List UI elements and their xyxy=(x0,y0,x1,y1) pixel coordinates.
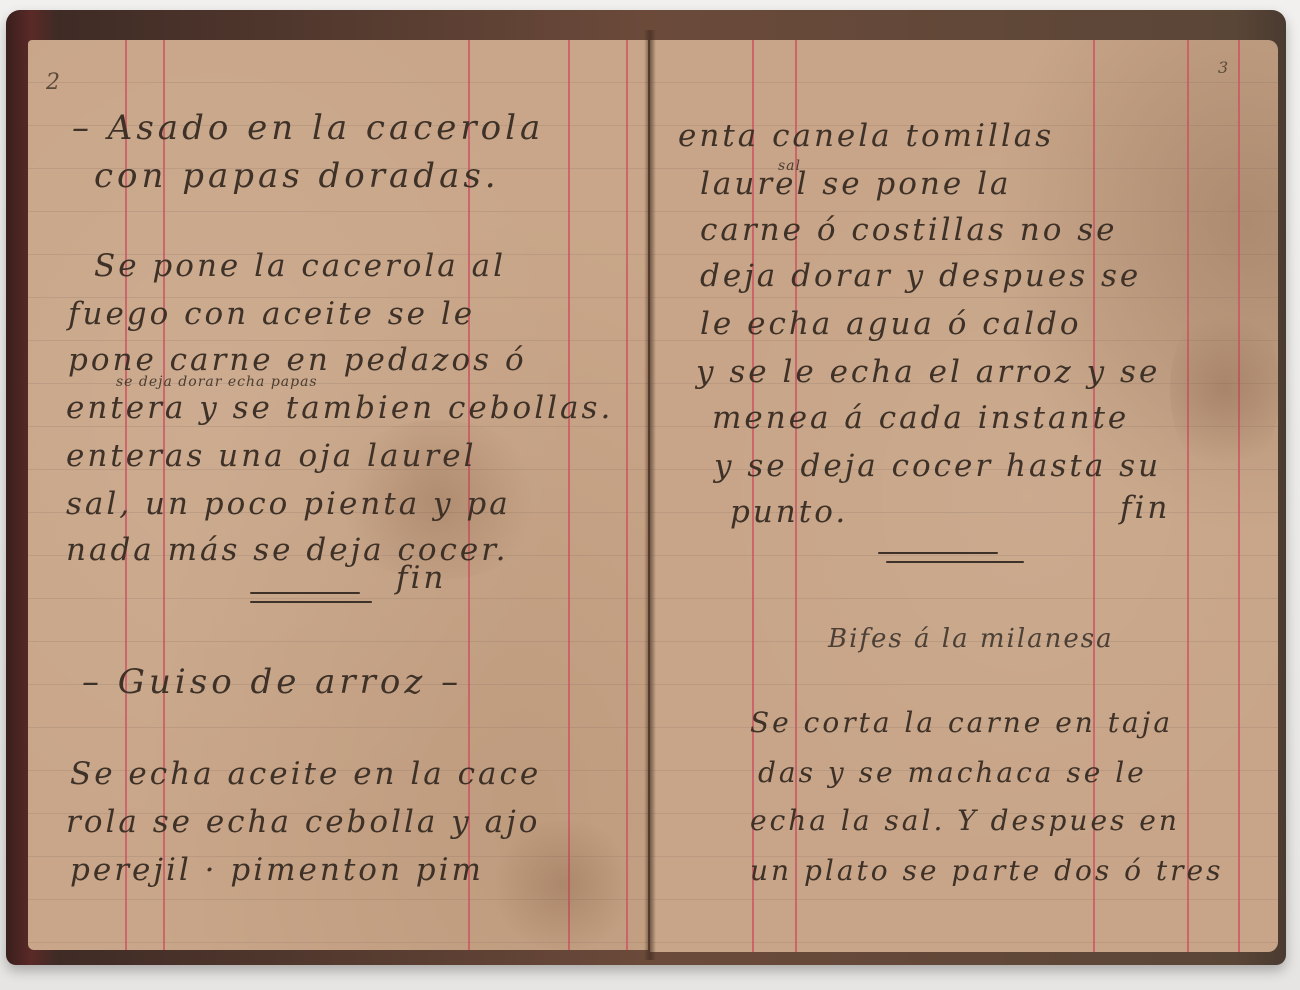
margin-line xyxy=(1238,40,1240,952)
recipe-text-line: y se le echa el arroz y se xyxy=(696,354,1160,390)
recipe-text-line: punto. xyxy=(730,494,848,530)
page-number: 2 xyxy=(46,70,63,95)
section-divider xyxy=(250,601,372,603)
section-divider xyxy=(250,592,360,594)
end-mark: fin xyxy=(1120,490,1170,526)
recipe-text-line: echa la sal. Y despues en xyxy=(750,804,1180,837)
recipe-text-line: Se pone la cacerola al xyxy=(94,248,506,284)
recipe-text-line: menea á cada instante xyxy=(712,400,1129,436)
paper-stain xyxy=(1170,300,1278,480)
recipe-text-line: enta canela tomillas xyxy=(678,118,1054,154)
recipe-text-line: deja dorar y despues se xyxy=(700,258,1141,294)
recipe-text-line: le echa agua ó caldo xyxy=(700,306,1082,342)
recipe-title: Bifes á la milanesa xyxy=(828,624,1114,654)
recipe-text-line: sal, un poco pienta y pa xyxy=(66,486,511,522)
margin-line xyxy=(1187,40,1189,952)
recipe-title: – Guiso de arroz – xyxy=(82,662,462,702)
left-page: 2 – Asado en la cacerola con papas dorad… xyxy=(28,40,648,950)
recipe-text-line: enteras una oja laurel xyxy=(66,438,477,474)
recipe-title: con papas doradas. xyxy=(94,156,500,196)
recipe-text-line: y se deja cocer hasta su xyxy=(714,448,1161,484)
interlinear-note: se deja dorar echa papas xyxy=(116,374,318,390)
recipe-text-line: rola se echa cebolla y ajo xyxy=(66,804,540,840)
recipe-text-line: perejil · pimenton pim xyxy=(70,852,484,888)
recipe-text-line: pone carne en pedazos ó xyxy=(68,342,527,378)
recipe-text-line: das y se machaca se le xyxy=(758,756,1147,789)
recipe-text-line: Se corta la carne en taja xyxy=(750,706,1173,739)
recipe-text-line: fuego con aceite se le xyxy=(68,296,475,332)
recipe-text-line: carne ó costillas no se xyxy=(700,212,1117,248)
recipe-text-line: Se echa aceite en la cace xyxy=(70,756,541,792)
page-number: 3 xyxy=(1218,58,1231,77)
recipe-title: – Asado en la cacerola xyxy=(72,108,544,148)
book-gutter xyxy=(644,30,656,960)
section-divider xyxy=(878,552,998,554)
section-divider xyxy=(886,561,1024,563)
margin-line xyxy=(568,40,570,950)
recipe-text-line: un plato se parte dos ó tres xyxy=(750,854,1224,887)
recipe-text-line: laurel se pone la xyxy=(700,166,1011,202)
recipe-text-line: entera y se tambien cebollas. xyxy=(66,390,613,426)
right-page: 3 enta canela tomillas sal laurel se pon… xyxy=(650,40,1278,952)
margin-line xyxy=(626,40,628,950)
end-mark: fin xyxy=(396,560,446,596)
